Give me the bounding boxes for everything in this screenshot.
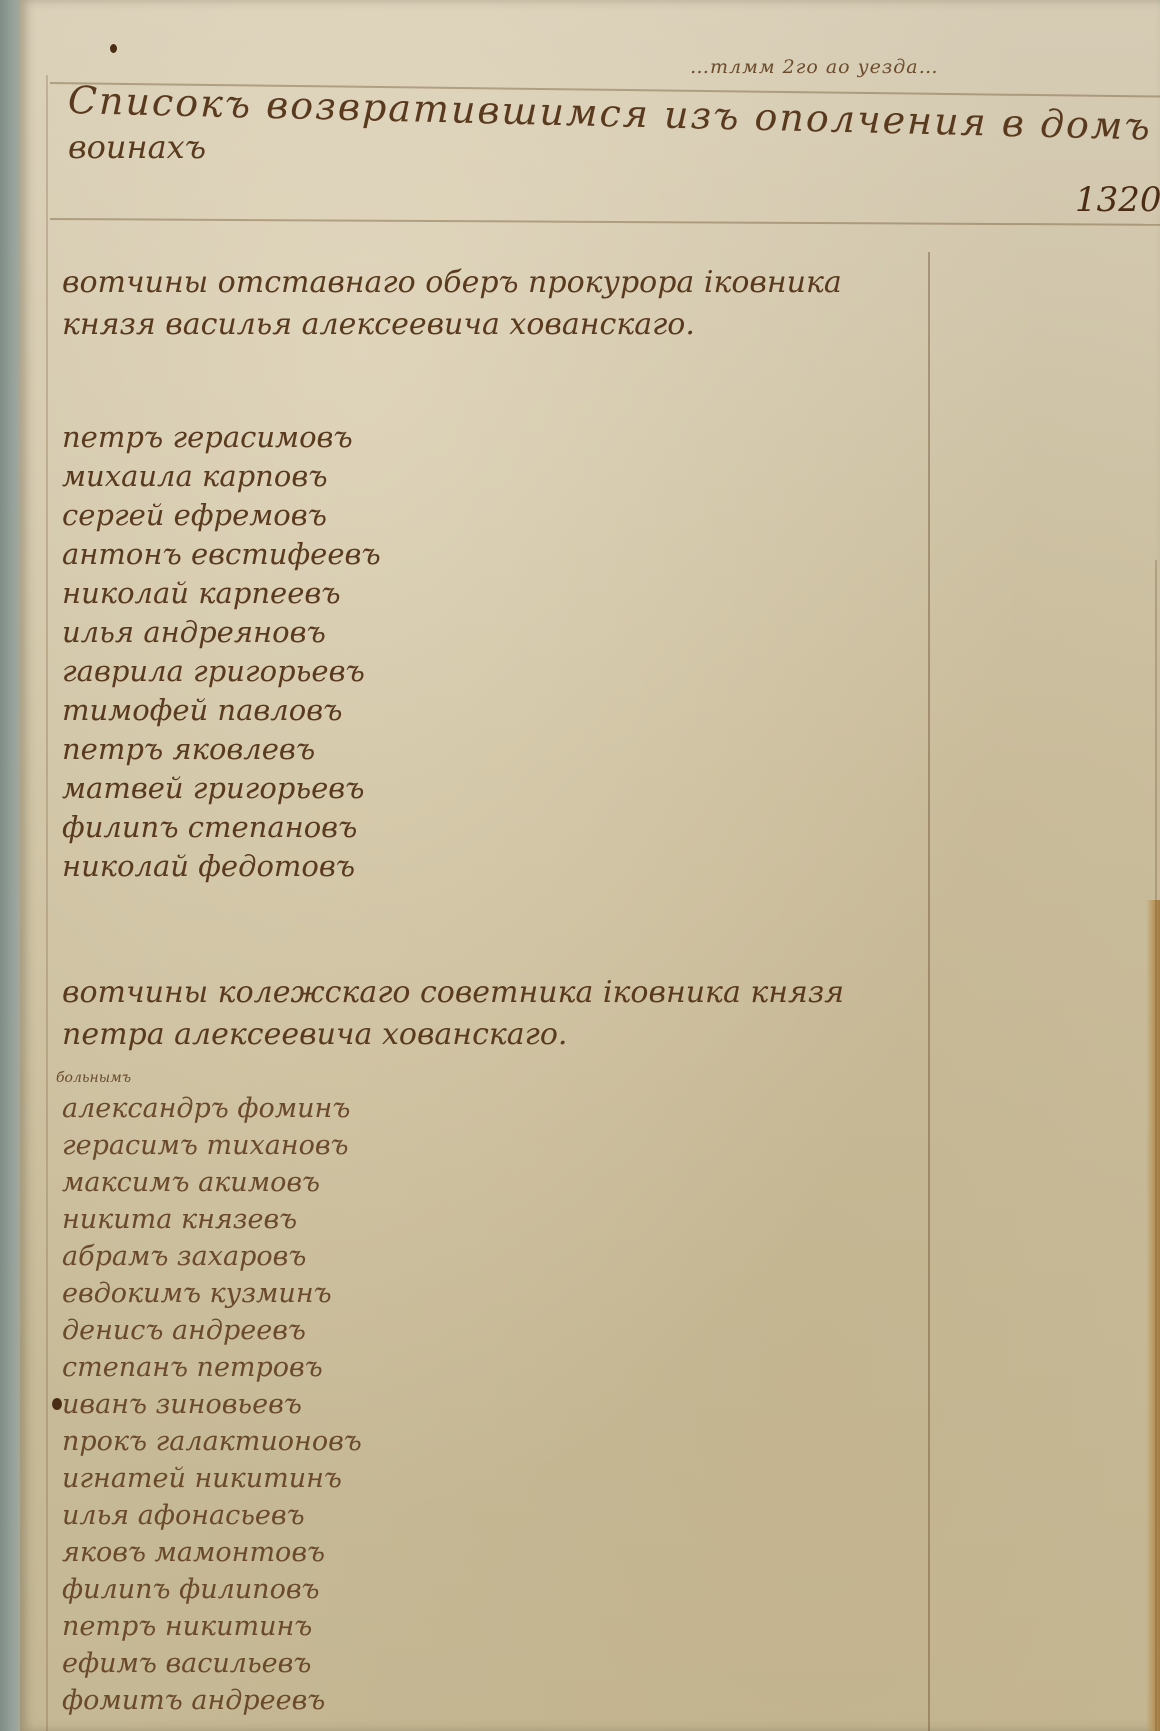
list-item: михаила карповъ xyxy=(62,457,381,496)
list-item: игнатей никитинъ xyxy=(62,1460,362,1497)
list-item: денисъ андреевъ xyxy=(62,1312,362,1349)
section-heading: вотчины колежскаго советника iковника кн… xyxy=(62,972,942,1056)
ink-blot xyxy=(110,44,117,53)
list-item: петръ яковлевъ xyxy=(62,730,381,769)
list-item: николай федотовъ xyxy=(62,847,381,886)
name-list: александръ фоминъ герасимъ тихановъ макс… xyxy=(62,1090,362,1719)
list-item: филипъ филиповъ xyxy=(62,1571,362,1608)
list-item: тимофей павловъ xyxy=(62,691,381,730)
list-item: абрамъ захаровъ xyxy=(62,1238,362,1275)
list-item: евдокимъ кузминъ xyxy=(62,1275,362,1312)
ink-blot xyxy=(52,1398,62,1410)
list-item: никита князевъ xyxy=(62,1201,362,1238)
list-item: петръ никитинъ xyxy=(62,1608,362,1645)
page-edge-stain xyxy=(1146,900,1160,1731)
list-item: илья андреяновъ xyxy=(62,613,381,652)
list-item: петръ герасимовъ xyxy=(62,418,381,457)
manuscript-page: …тлмм 2го ао уезда… Списокъ возвратившим… xyxy=(20,0,1160,1731)
ruled-column-line-right xyxy=(1155,560,1157,1731)
list-item: максимъ акимовъ xyxy=(62,1164,362,1201)
margin-note: больнымъ xyxy=(56,1070,131,1086)
list-item: степанъ петровъ xyxy=(62,1349,362,1386)
list-item: иванъ зиновьевъ xyxy=(62,1386,362,1423)
ruled-line-header xyxy=(50,218,1160,226)
list-item: ефимъ васильевъ xyxy=(62,1645,362,1682)
ruled-margin-left xyxy=(46,75,48,1731)
list-item: яковъ мамонтовъ xyxy=(62,1534,362,1571)
list-item: александръ фоминъ xyxy=(62,1090,362,1127)
list-item: фомитъ андреевъ xyxy=(62,1682,362,1719)
section-heading: вотчины отставнаго оберъ прокурора iковн… xyxy=(62,262,942,346)
top-annotation: …тлмм 2го ао уезда… xyxy=(690,56,939,78)
list-item: прокъ галактионовъ xyxy=(62,1423,362,1460)
book-binding-edge xyxy=(0,0,22,1731)
document-title-continued: воинахъ xyxy=(68,128,206,166)
folio-number: 1320 xyxy=(1075,180,1160,220)
list-item: герасимъ тихановъ xyxy=(62,1127,362,1164)
list-item: сергей ефремовъ xyxy=(62,496,381,535)
list-item: матвей григорьевъ xyxy=(62,769,381,808)
list-item: илья афонасьевъ xyxy=(62,1497,362,1534)
list-item: николай карпеевъ xyxy=(62,574,381,613)
list-item: антонъ евстифеевъ xyxy=(62,535,381,574)
list-item: гаврила григорьевъ xyxy=(62,652,381,691)
list-item: филипъ степановъ xyxy=(62,808,381,847)
name-list: петръ герасимовъ михаила карповъ сергей … xyxy=(62,418,381,886)
